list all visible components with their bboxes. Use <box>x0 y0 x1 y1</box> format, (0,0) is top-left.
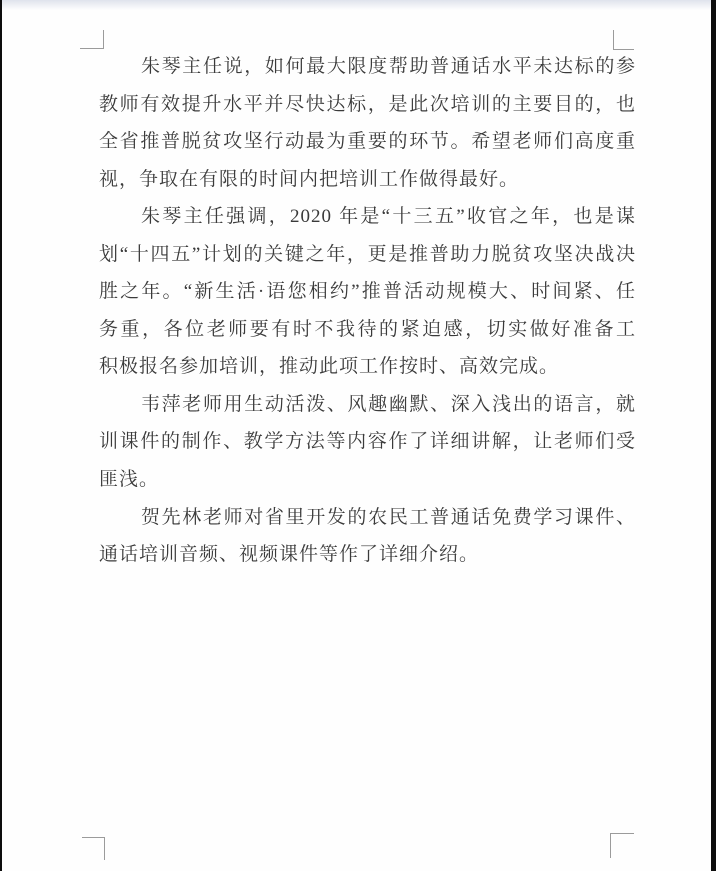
paragraph: 贺先林老师对省里开发的农民工普通话免费学习课件、普通话培训音频、视频课件等作了详… <box>99 499 636 574</box>
text-line: 务重，各位老师要有时不我待的紧迫感，切实做好准备工作， <box>99 311 636 349</box>
text-line: 教师有效提升水平并尽快达标，是此次培训的主要目的，也是 <box>99 86 636 124</box>
paragraph: 韦萍老师用生动活泼、风趣幽默、深入浅出的语言，就培训课件的制作、教学方法等内容作… <box>99 386 636 499</box>
document-text-area: 朱琴主任说，如何最大限度帮助普通话水平未达标的参训教师有效提升水平并尽快达标，是… <box>99 48 636 574</box>
text-line: 朱琴主任强调，2020 年是“十三五”收官之年，也是谋 <box>99 198 636 236</box>
text-line: 贺先林老师对省里开发的农民工普通话免费学习课件、普 <box>99 499 636 537</box>
paragraph: 朱琴主任说，如何最大限度帮助普通话水平未达标的参训教师有效提升水平并尽快达标，是… <box>99 48 636 198</box>
text-line: 训课件的制作、教学方法等内容作了详细讲解，让老师们受益 <box>99 423 636 461</box>
text-line: 匪浅。 <box>99 461 636 499</box>
text-line: 视，争取在有限的时间内把培训工作做得最好。 <box>99 161 636 199</box>
paragraph: 朱琴主任强调，2020 年是“十三五”收官之年，也是谋划“十四五”计划的关键之年… <box>99 198 636 386</box>
text-line: 胜之年。“新生活·语您相约”推普活动规模大、时间紧、任 <box>99 273 636 311</box>
text-line: 朱琴主任说，如何最大限度帮助普通话水平未达标的参训 <box>99 48 636 86</box>
text-line: 全省推普脱贫攻坚行动最为重要的环节。希望老师们高度重 <box>99 123 636 161</box>
text-line: 划“十四五”计划的关键之年，更是推普助力脱贫攻坚决战决 <box>99 236 636 274</box>
crop-mark-top-right <box>613 30 634 50</box>
text-line: 通话培训音频、视频课件等作了详细介绍。 <box>99 536 636 574</box>
crop-mark-top-left <box>80 30 104 49</box>
crop-mark-bottom-right <box>610 833 634 858</box>
screenshot-edge-right <box>711 0 716 871</box>
text-line: 韦萍老师用生动活泼、风趣幽默、深入浅出的语言，就培 <box>99 386 636 424</box>
crop-mark-bottom-left <box>82 837 105 860</box>
page-top-shading <box>2 0 711 10</box>
text-line: 积极报名参加培训，推动此项工作按时、高效完成。 <box>99 348 636 386</box>
screenshot-edge-left <box>0 0 2 871</box>
